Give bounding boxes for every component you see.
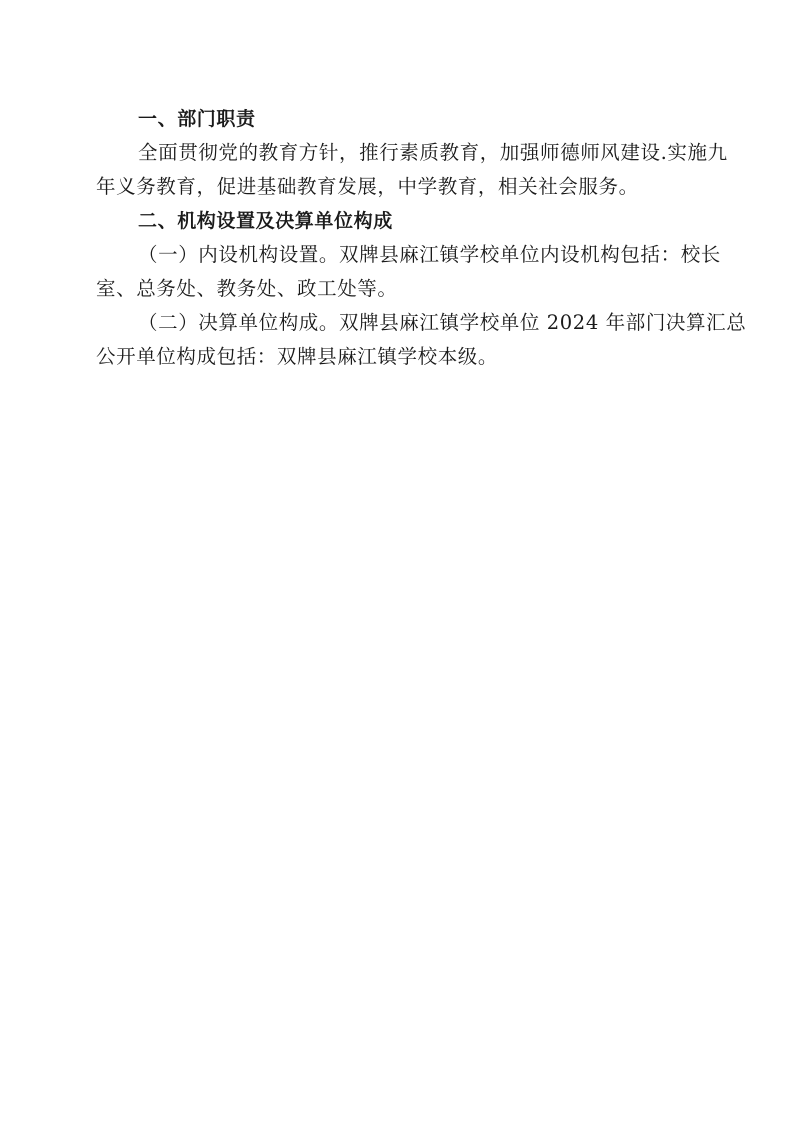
paragraph-line: 室、总务处、教务处、政工处等。 — [96, 272, 708, 306]
paragraph-internal-structure: （一）内设机构设置。双牌县麻江镇学校单位内设机构包括：校长 室、总务处、教务处、… — [96, 238, 708, 306]
paragraph-budget-units: （二）决算单位构成。双牌县麻江镇学校单位 2024 年部门决算汇总 公开单位构成… — [96, 306, 708, 374]
document-page: 一、部门职责 全面贯彻党的教育方针，推行素质教育，加强师德师风建设.实施九 年义… — [96, 102, 708, 374]
paragraph-line: （一）内设机构设置。双牌县麻江镇学校单位内设机构包括：校长 — [96, 238, 708, 272]
paragraph-line: （二）决算单位构成。双牌县麻江镇学校单位 2024 年部门决算汇总 — [96, 306, 708, 340]
section-heading-department-duties: 一、部门职责 — [96, 102, 708, 136]
paragraph-line: 公开单位构成包括：双牌县麻江镇学校本级。 — [96, 340, 708, 374]
paragraph-line: 年义务教育，促进基础教育发展，中学教育，相关社会服务。 — [96, 170, 708, 204]
paragraph-department-duties: 全面贯彻党的教育方针，推行素质教育，加强师德师风建设.实施九 年义务教育，促进基… — [96, 136, 708, 204]
section-heading-organization: 二、机构设置及决算单位构成 — [96, 204, 708, 238]
paragraph-line: 全面贯彻党的教育方针，推行素质教育，加强师德师风建设.实施九 — [96, 136, 708, 170]
